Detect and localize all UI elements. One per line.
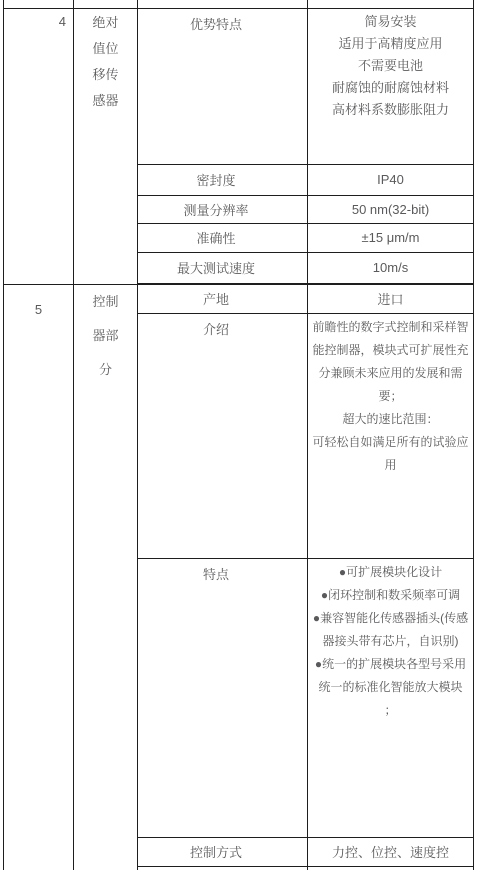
spec-value-cell: ±15 μm/m bbox=[308, 223, 474, 252]
table-row-advantages: 4 绝对 值位 移传 感器 优势特点 简易安装 适用于高精度应用 不需要电池 耐… bbox=[4, 8, 474, 164]
spec-value-cell: 50 nm(32-bit) bbox=[308, 195, 474, 223]
partial-row-cell bbox=[308, 866, 474, 870]
spec-value-cell: IP40 bbox=[308, 164, 474, 195]
document-page: 4 绝对 值位 移传 感器 优势特点 简易安装 适用于高精度应用 不需要电池 耐… bbox=[0, 0, 504, 870]
spec-value-cell: 力控、位控、速度控 bbox=[308, 837, 474, 866]
partial-row-cell bbox=[74, 0, 138, 8]
spec-label-cell: 介绍 bbox=[138, 313, 308, 558]
spec-value-cell: 进口 bbox=[308, 284, 474, 313]
spec-table: 4 绝对 值位 移传 感器 优势特点 简易安装 适用于高精度应用 不需要电池 耐… bbox=[3, 0, 474, 870]
spec-label-cell: 控制方式 bbox=[138, 837, 308, 866]
spec-value-cell: ●可扩展模块化设计 ●闭环控制和数采频率可调 ●兼容智能化传感器插头(传感 器接… bbox=[308, 558, 474, 837]
section4-category-cell: 绝对 值位 移传 感器 bbox=[74, 8, 138, 284]
spec-value-cell: 10m/s bbox=[308, 252, 474, 284]
table-row-partial-top bbox=[4, 0, 474, 8]
partial-row-cell bbox=[308, 0, 474, 8]
table-row-origin: 5 控制 器部 分 产地 进口 bbox=[4, 284, 474, 313]
spec-label-cell: 优势特点 bbox=[138, 8, 308, 164]
spec-label-cell: 密封度 bbox=[138, 164, 308, 195]
partial-row-cell bbox=[138, 866, 308, 870]
spec-label-cell: 产地 bbox=[138, 284, 308, 313]
partial-row-cell bbox=[138, 0, 308, 8]
spec-value-cell: 前瞻性的数字式控制和采样智 能控制器，模块式可扩展性充 分兼顾未来应用的发展和需… bbox=[308, 313, 474, 558]
spec-label-cell: 测量分辨率 bbox=[138, 195, 308, 223]
spec-label-cell: 准确性 bbox=[138, 223, 308, 252]
spec-label-cell: 特点 bbox=[138, 558, 308, 837]
section5-number-cell: 5 bbox=[4, 284, 74, 870]
spec-value-cell: 简易安装 适用于高精度应用 不需要电池 耐腐蚀的耐腐蚀材料 高材料系数膨胀阻力 bbox=[308, 8, 474, 164]
spec-label-cell: 最大测试速度 bbox=[138, 252, 308, 284]
section5-category-cell: 控制 器部 分 bbox=[74, 284, 138, 870]
partial-row-cell bbox=[4, 0, 74, 8]
section4-number-cell: 4 bbox=[4, 8, 74, 284]
